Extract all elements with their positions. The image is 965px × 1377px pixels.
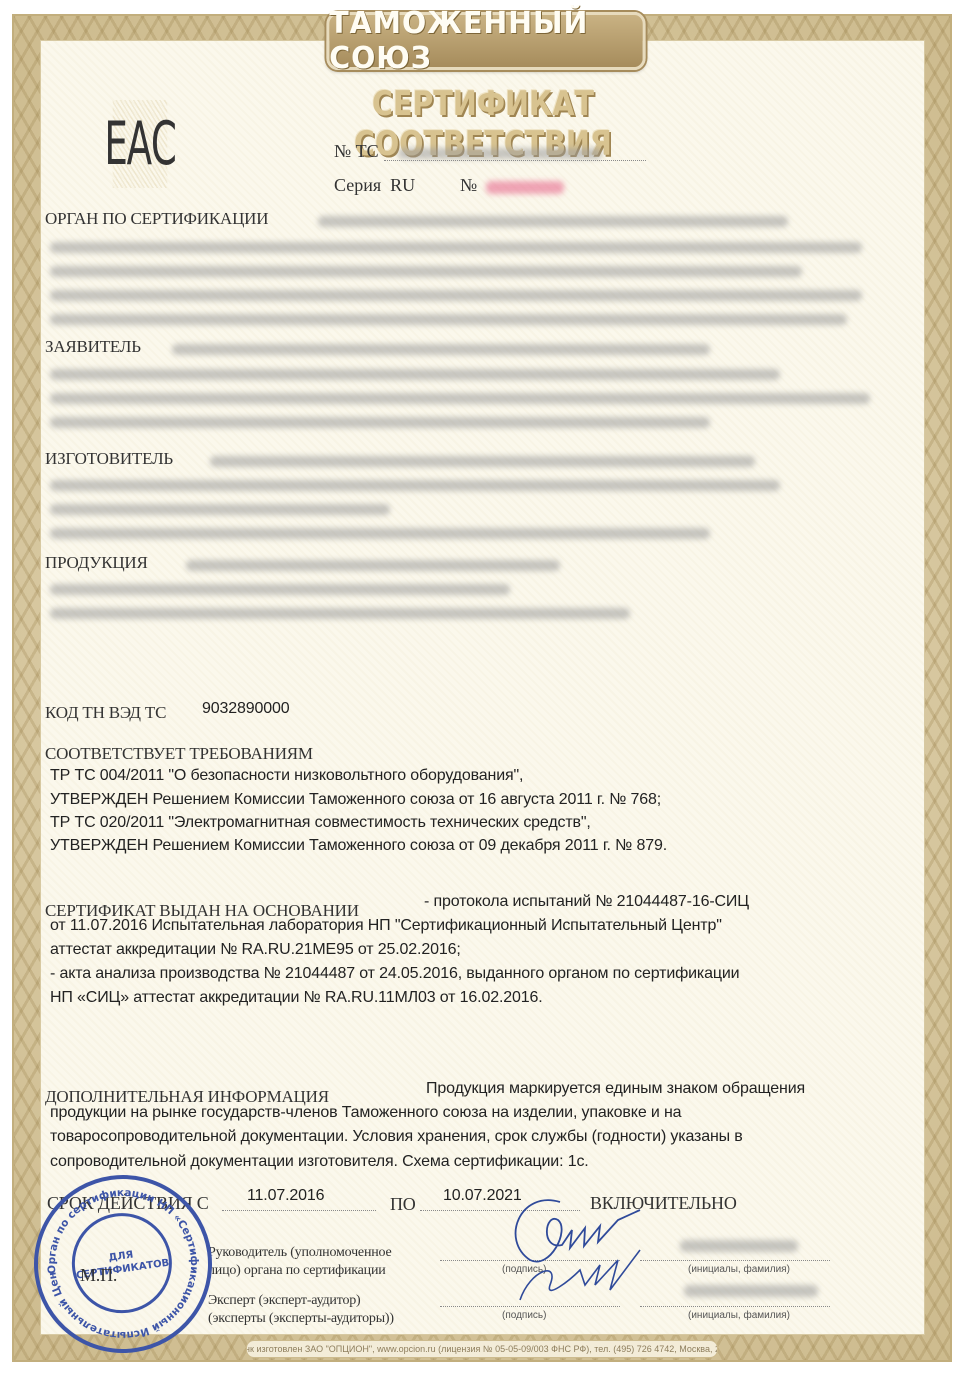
- applicant-label: ЗАЯВИТЕЛЬ: [45, 337, 141, 357]
- head-label-line-2: лицо) органа по сертификации: [208, 1263, 386, 1279]
- form-imprint: Бланк изготовлен ЗАО "ОПЦИОН", www.opcio…: [246, 1340, 718, 1358]
- additional-info-line: сопроводительной документации изготовите…: [50, 1153, 589, 1171]
- certification-body-redacted-line: [50, 242, 862, 253]
- product-redacted-line: [50, 584, 510, 595]
- validity-from-line: [222, 1210, 376, 1211]
- hs-code-value: 9032890000: [202, 700, 290, 718]
- expert-name-line: [640, 1306, 830, 1307]
- validity-to: 10.07.2021: [443, 1187, 522, 1205]
- expert-label-line-1: Эксперт (эксперт-аудитор): [208, 1293, 361, 1309]
- basis-line: - акта анализа производства № 21044487 о…: [50, 965, 739, 983]
- head-name-redacted: [680, 1240, 798, 1252]
- expert-signature-caption: (подпись): [502, 1310, 546, 1321]
- manufacturer-label: ИЗГОТОВИТЕЛЬ: [45, 449, 173, 469]
- additional-info-line: продукции на рынке государств-членов Там…: [50, 1104, 681, 1122]
- number-label: №: [460, 175, 477, 196]
- applicant-redacted-line: [50, 369, 780, 380]
- additional-info-line: товаросопроводительной документации. Усл…: [50, 1128, 743, 1146]
- applicant-redacted-line: [172, 344, 710, 355]
- additional-info-first-line: Продукция маркируется единым знаком обра…: [426, 1080, 805, 1098]
- head-label-line-1: Руководитель (уполномоченное: [208, 1245, 392, 1261]
- requirement-line: ТР ТС 004/2011 "О безопасности низковоль…: [50, 767, 523, 785]
- validity-from: 11.07.2016: [247, 1187, 324, 1205]
- requirements-label: СООТВЕТСТВУЕТ ТРЕБОВАНИЯМ: [45, 744, 313, 764]
- certification-body-redacted-line: [50, 266, 802, 277]
- expert-name-caption: (инициалы, фамилия): [688, 1310, 790, 1321]
- series-label: Серия RU: [334, 175, 415, 196]
- basis-first-line: - протокола испытаний № 21044487-16-СИЦ: [424, 893, 749, 911]
- customs-union-banner: ТАМОЖЕННЫЙ СОЮЗ: [326, 12, 645, 70]
- manufacturer-redacted-line: [210, 456, 755, 467]
- applicant-redacted-line: [50, 393, 870, 404]
- expert-label-line-2: (эксперты (эксперты-аудиторы)): [208, 1311, 394, 1327]
- tc-number-redacted: [398, 148, 602, 159]
- seal-placeholder-mp: М.П.: [80, 1265, 117, 1286]
- validity-to-label: ПО: [390, 1194, 416, 1215]
- head-signature-line: [440, 1260, 620, 1261]
- certification-body-redacted-line: [318, 216, 788, 227]
- basis-line: от 11.07.2016 Испытательная лаборатория …: [50, 917, 722, 935]
- basis-line: аттестат аккредитации № RA.RU.21МЕ95 от …: [50, 941, 461, 959]
- expert-signature-line: [440, 1306, 620, 1307]
- product-redacted-line: [186, 560, 560, 571]
- number-redacted: [486, 181, 564, 194]
- head-name-line: [640, 1260, 830, 1261]
- expert-name-redacted: [684, 1285, 818, 1297]
- series-value: RU: [390, 175, 415, 195]
- certification-body-redacted-line: [50, 314, 847, 325]
- hs-code-label: КОД ТН ВЭД ТС: [45, 703, 166, 723]
- certification-body-redacted-line: [50, 290, 862, 301]
- tc-number-line: [384, 160, 646, 161]
- tc-number-label: № ТС: [334, 141, 379, 162]
- product-label: ПРОДУКЦИЯ: [45, 553, 148, 573]
- manufacturer-redacted-line: [50, 504, 390, 515]
- head-signature-caption: (подпись): [502, 1264, 546, 1275]
- certification-seal-stamp: Орган по сертификации НП «Сертификационн…: [22, 1163, 223, 1364]
- head-name-caption: (инициалы, фамилия): [688, 1264, 790, 1275]
- eac-mark-icon: ЕАС: [113, 100, 168, 188]
- requirement-line: ТР ТС 020/2011 "Электромагнитная совмест…: [50, 814, 591, 832]
- basis-line: НП «СИЦ» аттестат аккредитации № RA.RU.1…: [50, 989, 543, 1007]
- series-label-text: Серия: [334, 175, 381, 195]
- certification-body-label: ОРГАН ПО СЕРТИФИКАЦИИ: [45, 209, 268, 229]
- requirement-line: УТВЕРЖДЕН Решением Комиссии Таможенного …: [50, 837, 667, 855]
- product-redacted-line: [50, 608, 630, 619]
- manufacturer-redacted-line: [50, 528, 710, 539]
- validity-to-line: [420, 1210, 580, 1211]
- manufacturer-redacted-line: [50, 480, 780, 491]
- applicant-redacted-line: [50, 417, 710, 428]
- validity-inclusive: ВКЛЮЧИТЕЛЬНО: [590, 1193, 737, 1214]
- requirement-line: УТВЕРЖДЕН Решением Комиссии Таможенного …: [50, 791, 661, 809]
